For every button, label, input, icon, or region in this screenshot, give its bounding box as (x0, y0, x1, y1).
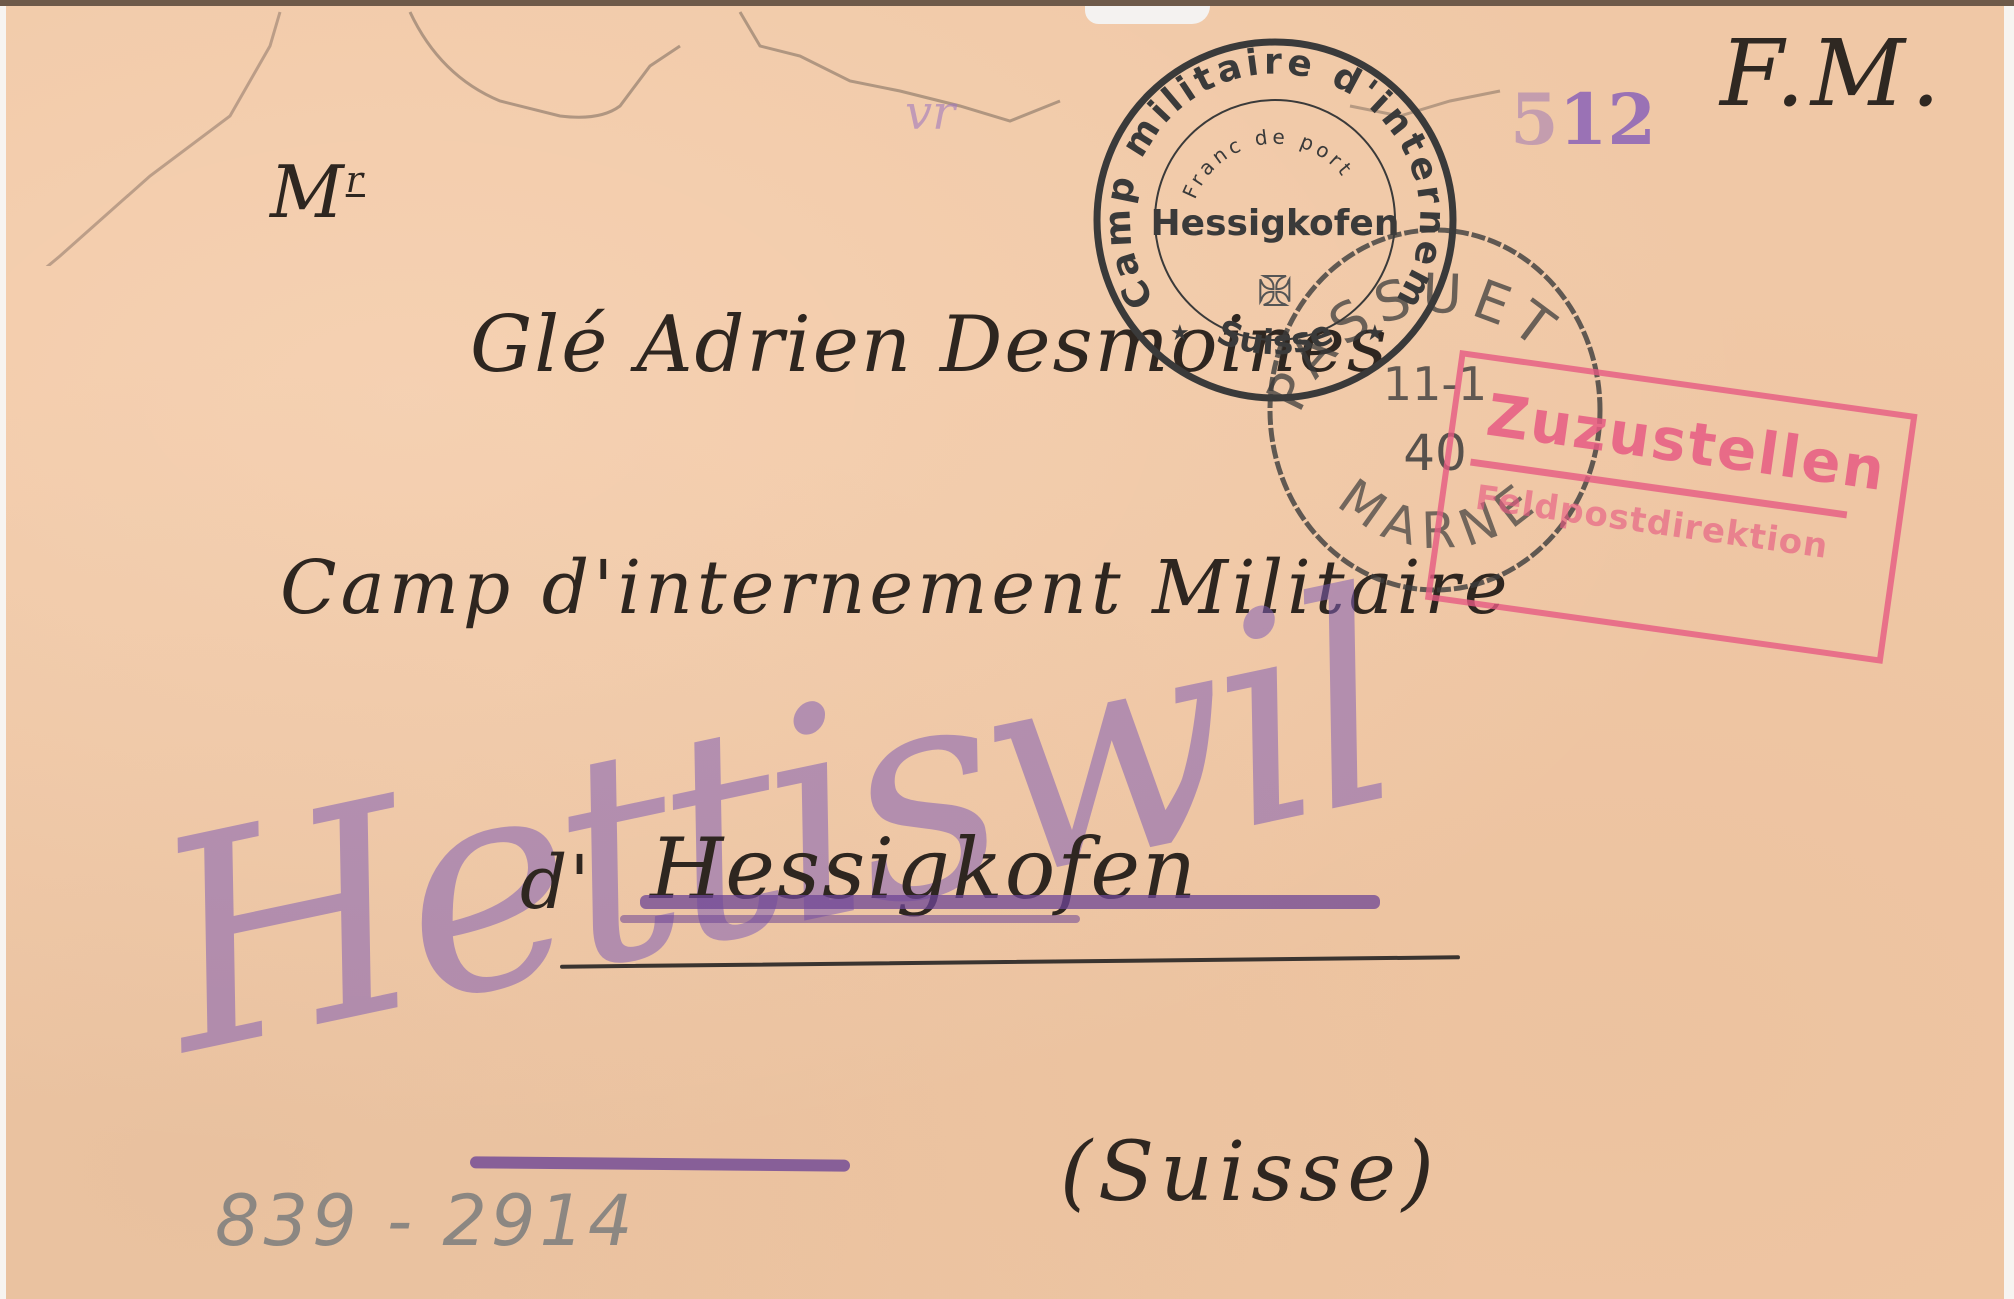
camp-stamp-inner-text: Franc de port (1177, 124, 1359, 202)
purple-pencil-mark: vr (905, 85, 955, 141)
address-line-3-prefix: d' (520, 840, 592, 926)
purple-number-stamp: 512 (1510, 78, 1656, 161)
address-country: (Suisse) (1060, 1125, 1440, 1220)
salutation-sup: r (346, 160, 365, 201)
purple-number-partial: 5 (1510, 78, 1559, 161)
salutation-text: M (270, 150, 346, 234)
pencil-reference-note: 839 - 2914 (215, 1180, 637, 1262)
purple-number-visible: 12 (1559, 78, 1656, 161)
purple-strikethrough-2 (620, 915, 1080, 923)
torn-hole (1085, 6, 1210, 24)
purple-strikethrough (640, 895, 1380, 909)
franchise-militaire-mark: F.M. (1720, 20, 1946, 127)
star-icon: ★ (1170, 321, 1190, 346)
svg-text:Franc de port: Franc de port (1177, 124, 1359, 202)
salutation: Mr (270, 150, 365, 234)
